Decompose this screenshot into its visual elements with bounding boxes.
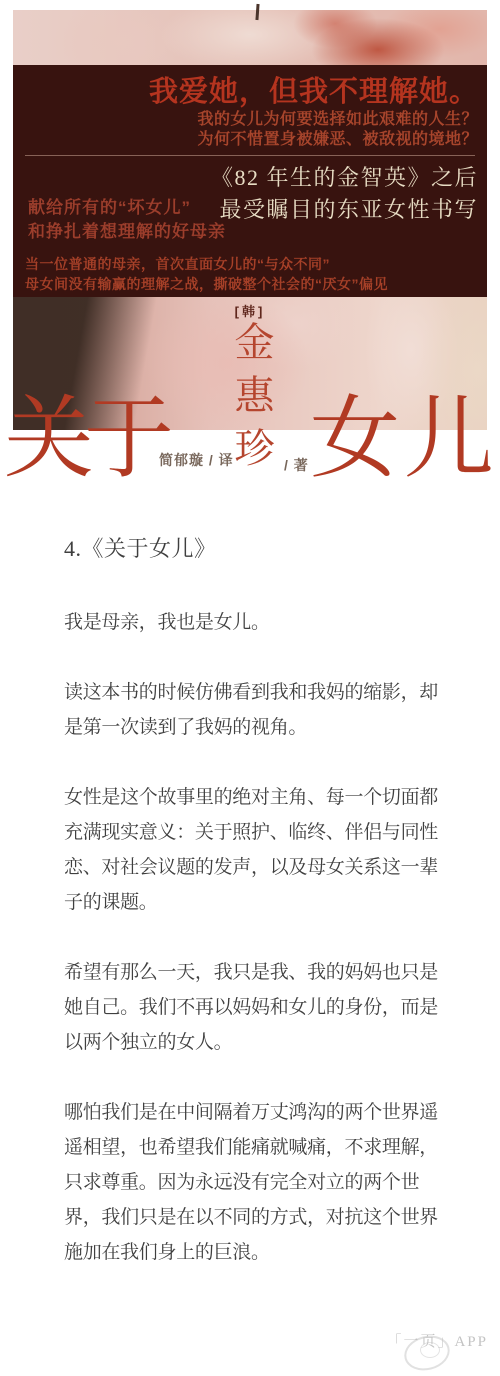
author-credit: / 著 [284,455,309,475]
review-paragraph: 读这本书的时候仿佛看到我和我妈的缩影，却是第一次读到了我妈的视角。 [64,675,446,745]
cover-dedication-line1: 献给所有的“坏女儿” [28,196,226,220]
book-title-left: 关于 [4,390,164,490]
cover-headline: 我爱她，但我不理解她。 [149,69,479,110]
review-paragraph: 女性是这个故事里的绝对主角、每一个切面都充满现实意义：关于照护、临终、伴侣与同性… [64,780,446,920]
translator-credit: 简郁璇 / 译 [159,450,234,470]
cover-subheadline-line2: 为何不惜置身被嫌恶、被敌视的境地？ [197,130,478,150]
cover-dedication: 献给所有的“坏女儿” 和挣扎着想理解的好母亲 [28,196,226,244]
cover-blurb-line1: 当一位普通的母亲，首次直面女儿的“与众不同” [25,254,388,274]
cover-subheadline-line1: 我的女儿为何要选择如此艰难的人生？ [197,110,478,130]
painting-brushstroke [255,4,259,20]
cover-tagline-line1: 《82 年生的金智英》之后 [211,162,478,194]
cover-painting-top [13,10,487,65]
review-paragraph: 希望有那么一天，我只是我、我的妈妈也只是她自己。我们不再以妈妈和女儿的身份，而是… [64,955,446,1060]
book-title-right: 女儿 [310,390,498,490]
book-review-post: 我爱她，但我不理解她。 我的女儿为何要选择如此艰难的人生？ 为何不惜置身被嫌恶、… [0,0,500,1376]
review-paragraph: 我是母亲，我也是女儿。 [64,605,446,640]
review-article: 4.《关于女儿》 我是母亲，我也是女儿。 读这本书的时候仿佛看到我和我妈的缩影，… [64,532,446,1305]
review-paragraph: 哪怕我们是在中间隔着万丈鸿沟的两个世界遥遥相望，也希望我们能痛就喊痛，不求理解，… [64,1095,446,1270]
cover-text-panel: 我爱她，但我不理解她。 我的女儿为何要选择如此艰难的人生？ 为何不惜置身被嫌恶、… [13,65,487,297]
cover-divider-line [25,155,475,156]
author-name-vertical: 金惠珍 [229,321,273,480]
cover-tagline: 《82 年生的金智英》之后 最受瞩目的东亚女性书写 [211,162,478,226]
book-cover: 我爱她，但我不理解她。 我的女儿为何要选择如此艰难的人生？ 为何不惜置身被嫌恶、… [0,0,500,500]
cover-tagline-line2: 最受瞩目的东亚女性书写 [211,194,478,226]
cover-blurb: 当一位普通的母亲，首次直面女儿的“与众不同” 母女间没有输赢的理解之战，撕破整个… [25,254,388,294]
review-heading: 4.《关于女儿》 [64,532,446,563]
app-watermark-label: 「一页」APP [386,1330,488,1351]
cover-subheadline: 我的女儿为何要选择如此艰难的人生？ 为何不惜置身被嫌恶、被敌视的境地？ [197,110,478,150]
cover-blurb-line2: 母女间没有输赢的理解之战，撕破整个社会的“厌女”偏见 [25,274,388,294]
cover-dedication-line2: 和挣扎着想理解的好母亲 [28,220,226,244]
author-nationality-tag: [韩] [0,301,500,320]
